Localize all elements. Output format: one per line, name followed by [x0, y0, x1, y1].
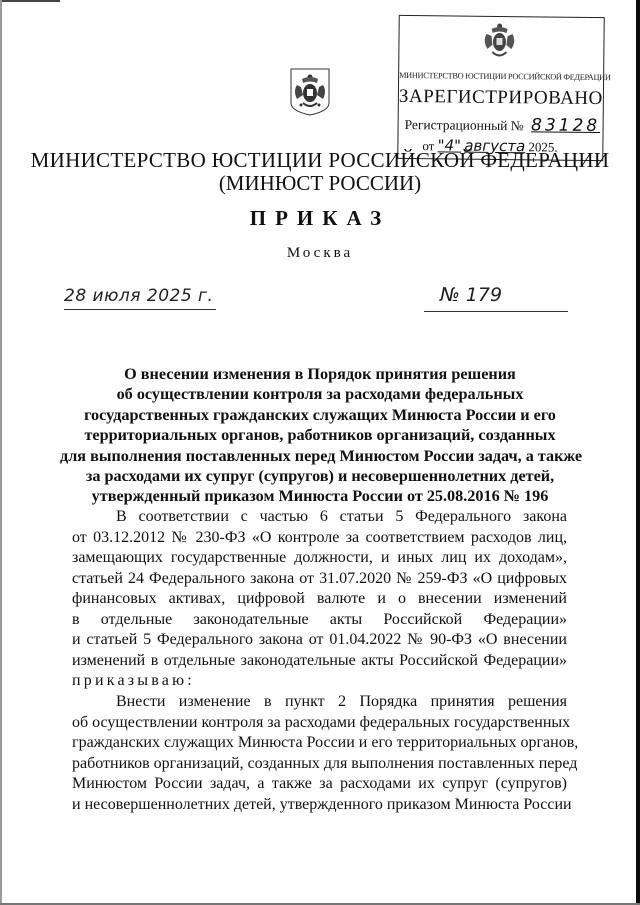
order-verb: приказываю:: [72, 671, 567, 692]
body-line: статьей 24 Федерального закона от 31.07.…: [72, 569, 567, 590]
heading-line: за расходами их супруг (супругов) и несо…: [60, 466, 580, 486]
body-line: В соответствии с частью 6 статьи 5 Федер…: [72, 507, 567, 528]
ministry-short-name: (МИНЮСТ РОССИИ): [0, 172, 640, 195]
heading-line: для выполнения поставленных перед Минюст…: [60, 446, 580, 466]
body-line: об осуществлении контроля за расходами ф…: [72, 713, 567, 734]
scan-border-right: [636, 0, 640, 905]
stamp-registration-number: Регистрационный № 83128: [405, 114, 601, 136]
city: Москва: [0, 245, 640, 262]
body-line: работников организаций, созданных для вы…: [72, 754, 567, 775]
paragraph-amendment: Внести изменение в пункт 2 Порядка приня…: [72, 692, 567, 815]
body-line: от 03.12.2012 № 230-ФЗ «О контроле за со…: [72, 528, 567, 549]
heading-line: территориальных органов, работников орга…: [60, 425, 580, 445]
stamp-reg-number-handwritten: 83128: [531, 115, 600, 136]
scan-border-left: [0, 0, 2, 905]
heading-line: О внесении изменения в Порядок принятия …: [60, 364, 580, 384]
heading-line: утвержденный приказом Минюста России от …: [60, 486, 580, 506]
stamp-reg-label: Регистрационный №: [405, 117, 524, 133]
order-date-handwritten: 28 июля 2025 г.: [64, 286, 213, 306]
body-line: гражданских служащих Минюста России и ег…: [72, 733, 567, 754]
body-line: финансовых активах, цифровой валюте и о …: [72, 589, 567, 610]
coat-of-arms-icon: [289, 67, 331, 117]
document-heading: О внесении изменения в Порядок принятия …: [60, 364, 580, 507]
heading-line: государственных гражданских служащих Мин…: [60, 405, 580, 425]
body-line: и статьей 5 Федерального закона от 01.04…: [72, 630, 567, 651]
stamp-ministry-name: МИНИСТЕРСТВО ЮСТИЦИИ РОССИЙСКОЙ ФЕДЕРАЦИ…: [399, 71, 603, 82]
registration-stamp: МИНИСТЕРСТВО ЮСТИЦИИ РОССИЙСКОЙ ФЕДЕРАЦИ…: [397, 15, 604, 161]
body-line: замещающих государственные должности, и …: [72, 548, 567, 569]
stamp-emblem-icon: [481, 21, 517, 61]
order-number-handwritten: № 179: [440, 284, 502, 306]
date-underline: [64, 309, 216, 310]
body-line: Минюстом России задач, а также за расход…: [72, 774, 567, 795]
stamp-status: ЗАРЕГИСТРИРОВАНО: [399, 86, 603, 110]
document-type-title: ПРИКАЗ: [0, 206, 640, 231]
heading-line: об осуществлении контроля за расходами ф…: [60, 384, 580, 404]
body-line: и несовершеннолетних детей, утвержденног…: [72, 795, 567, 816]
ministry-name: МИНИСТЕРСТВО ЮСТИЦИИ РОССИЙСКОЙ ФЕДЕРАЦИ…: [0, 149, 640, 172]
number-underline: [424, 311, 568, 312]
body-line: изменений в отдельные законодательные ак…: [72, 651, 567, 672]
scan-border-top: [0, 0, 60, 2]
paragraph-legal-basis: В соответствии с частью 6 статьи 5 Федер…: [72, 507, 567, 692]
body-line: в отдельные законодательные акты Российс…: [72, 610, 567, 631]
body-line: Внести изменение в пункт 2 Порядка приня…: [72, 692, 567, 713]
